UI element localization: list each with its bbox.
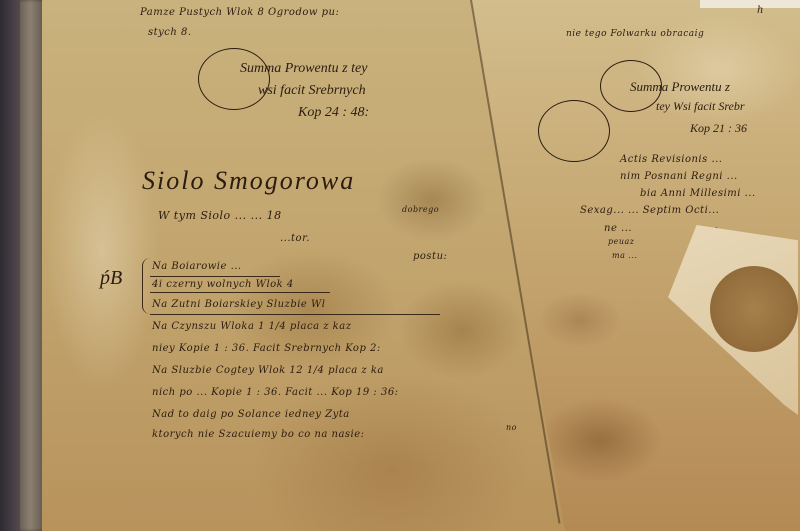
total-amount: Kop 24 : 48: <box>298 106 369 120</box>
text-line: Na Zutni Boiarskiey Sluzbie Wl <box>152 300 326 310</box>
text-line: 4i czerny wolnych Wlok 4 <box>152 280 294 290</box>
text-line: ma ... <box>612 252 638 260</box>
text-line: Actis Revisionis ... <box>620 155 722 165</box>
page-corner-highlight <box>700 0 800 8</box>
text-line: nie tego Folwarku obracaig <box>566 30 704 39</box>
text-line: W tym Siolo ... ... 18 <box>158 210 282 221</box>
wax-seal <box>710 266 798 352</box>
text-line: peuaz <box>608 238 635 246</box>
text-line: ktorych nie Szacuiemy bo co na nasie: <box>152 430 365 440</box>
text-line: Nad to daig po Solance iedney Zyta <box>152 410 350 420</box>
summa-heading: Summa Prowentu z <box>630 80 730 93</box>
page-mark: h <box>757 6 764 16</box>
text-line: Na Czynszu Wloka 1 1/4 placa z kaz <box>152 322 351 332</box>
text-line: niey Kopie 1 : 36. Facit Srebrnych Kop 2… <box>152 344 381 354</box>
manuscript-photo: Pamze Pustych Wlok 8 Ogrodow pu: stych 8… <box>0 0 800 531</box>
text-line: nich po ... Kopie 1 : 36. Facit ... Kop … <box>152 388 399 398</box>
text-line: wsi facit Srebrnych <box>258 84 366 98</box>
text-line: Pamze Pustych Wlok 8 Ogrodow pu: <box>140 8 339 18</box>
text-line: tey Wsi facit Srebr <box>656 100 745 112</box>
flourish-ornament <box>198 48 270 110</box>
text-line: stych 8. <box>148 28 192 38</box>
text-line: Na Boiarowie ... <box>152 262 242 272</box>
text-line: bia Anni Millesimi ... <box>640 189 756 199</box>
text-line: dobrego <box>402 206 439 214</box>
text-line: nim Posnani Regni ... <box>620 172 738 182</box>
text-line: Na Sluzbie Cogtey Wlok 12 1/4 placa z ka <box>152 366 384 376</box>
margin-mark: ṕB <box>100 268 122 288</box>
text-line: ...tor. <box>280 234 310 244</box>
text-line: postu: <box>413 252 447 262</box>
underline <box>150 276 280 277</box>
village-heading: Siolo Smogorowa <box>142 168 355 194</box>
side-note: no <box>506 424 517 432</box>
summa-heading: Summa Prowentu z tey <box>240 62 367 76</box>
flourish-ornament <box>538 100 610 162</box>
underline <box>150 314 440 315</box>
underline <box>150 292 330 293</box>
total-amount: Kop 21 : 36 <box>690 122 747 134</box>
text-line: Sexag... ... Septim Octi... <box>580 206 719 216</box>
text-line: ne ... <box>604 224 632 234</box>
